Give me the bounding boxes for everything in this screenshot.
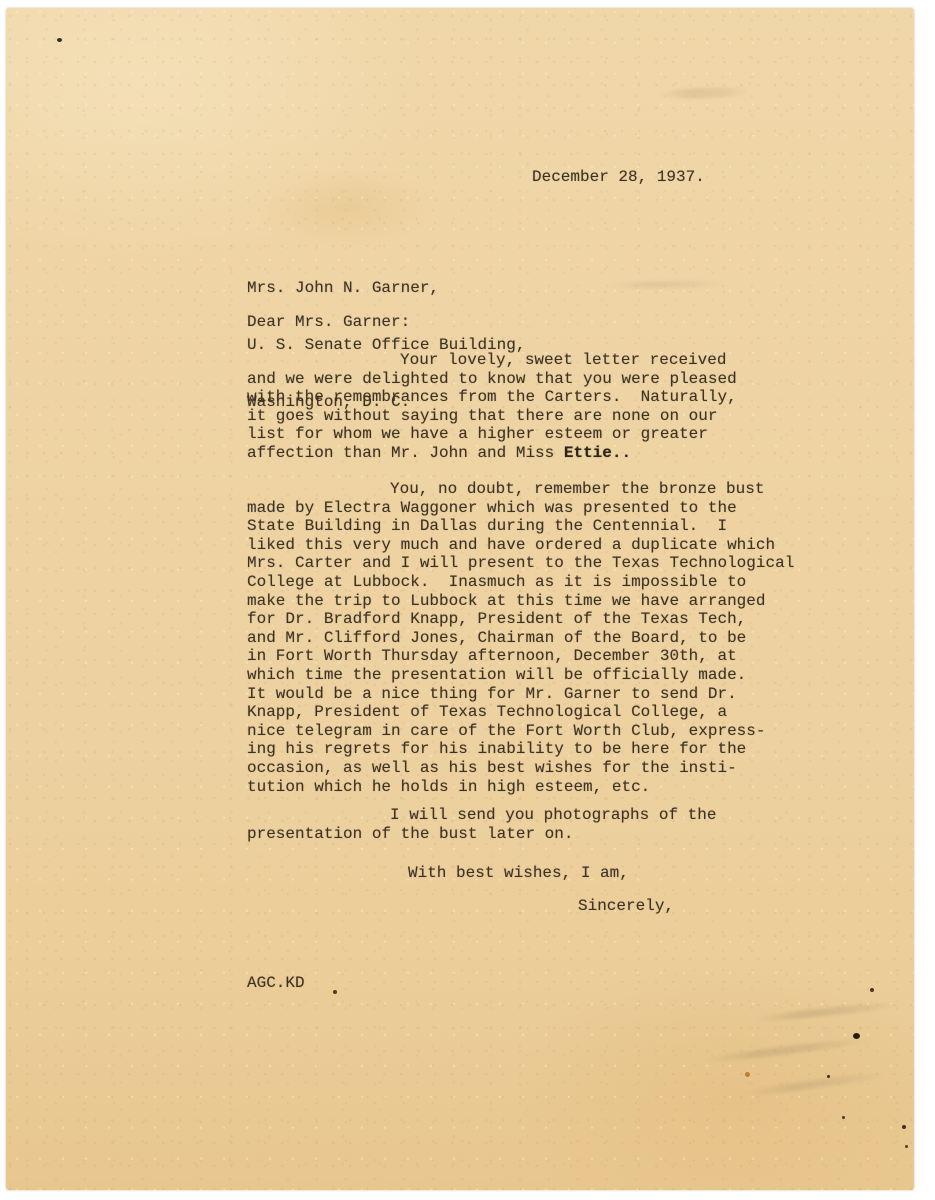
closing-line: With best wishes, I am,: [408, 864, 629, 883]
scanned-letter-page: December 28, 1937. Mrs. John N. Garner, …: [0, 0, 935, 1200]
letter-paper: December 28, 1937. Mrs. John N. Garner, …: [6, 8, 914, 1190]
recipient-name: Mrs. John N. Garner,: [247, 279, 525, 298]
stray-ink-dot: [333, 990, 337, 994]
paper-speck: [827, 1075, 830, 1078]
ghost-ink-smudge: [658, 86, 753, 99]
pencil-smudge: [741, 1070, 891, 1099]
pencil-smudge: [751, 1000, 901, 1024]
paper-speck: [853, 1033, 860, 1039]
signoff: Sincerely,: [578, 897, 674, 916]
rust-spot: [745, 1072, 750, 1077]
salutation: Dear Mrs. Garner:: [247, 313, 410, 332]
pencil-smudge: [701, 1035, 876, 1064]
paragraph-1: Your lovely, sweet letter received and w…: [247, 351, 812, 463]
paper-speck: [870, 988, 874, 992]
typist-initials: AGC.KD: [247, 974, 305, 993]
paragraph-1-text: Your lovely, sweet letter received and w…: [247, 351, 737, 462]
letter-date: December 28, 1937.: [532, 168, 705, 187]
paper-speck: [57, 38, 62, 42]
paper-speck: [902, 1125, 906, 1129]
faint-smudge: [606, 280, 731, 289]
paragraph-1-emphasis: Ettie..: [564, 444, 631, 462]
paper-speck: [842, 1116, 845, 1119]
paragraph-3: I will send you photographs of the prese…: [247, 806, 812, 843]
paragraph-2: You, no doubt, remember the bronze bust …: [247, 480, 812, 796]
paper-speck: [905, 1145, 908, 1148]
